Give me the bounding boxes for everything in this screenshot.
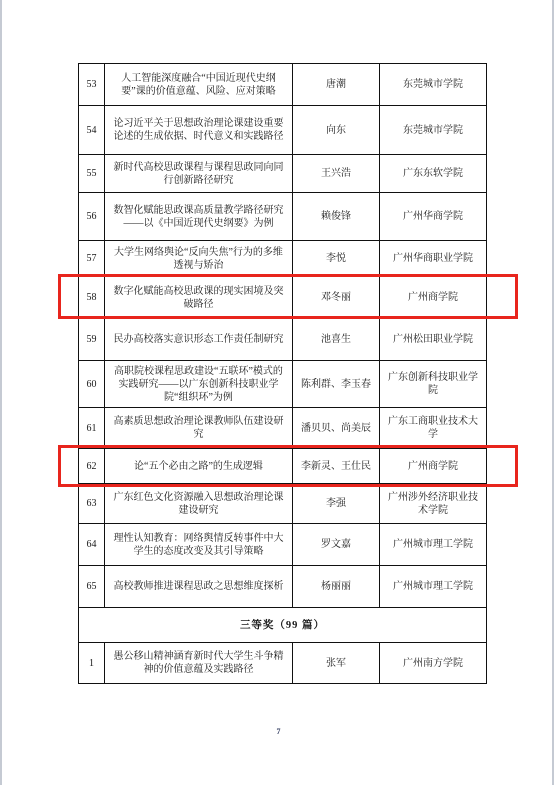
institution: 广州南方学院 — [380, 643, 487, 684]
table-row-highlighted-62: 62 论“五个必由之路”的生成逻辑 李新灵、王仕民 广州商学院 — [79, 449, 487, 484]
paper-title: 民办高校落实意识形态工作责任制研究 — [105, 319, 293, 361]
row-number: 64 — [79, 524, 105, 566]
institution: 广东工商职业技术大学 — [380, 408, 487, 449]
author: 潘贝贝、尚美辰 — [293, 408, 380, 449]
institution: 广州华商职业学院 — [380, 241, 487, 277]
row-number: 58 — [79, 277, 105, 319]
author: 赖俊锋 — [293, 193, 380, 241]
table-row-highlighted-58: 58 数字化赋能高校思政课的现实困境及突破路径 邓冬丽 广州商学院 — [79, 277, 487, 319]
row-number: 55 — [79, 155, 105, 193]
paper-title: 论习近平关于思想政治理论课建设重要论述的生成依据、时代意义和实践路径 — [105, 106, 293, 155]
paper-title: 高校教师推进课程思政之思想维度探析 — [105, 566, 293, 608]
institution: 广州华商学院 — [380, 193, 487, 241]
row-number: 54 — [79, 106, 105, 155]
paper-title: 愚公移山精神涵育新时代大学生斗争精神的价值意蕴及实践路径 — [105, 643, 293, 684]
row-number: 63 — [79, 484, 105, 524]
author: 向东 — [293, 106, 380, 155]
author: 池喜生 — [293, 319, 380, 361]
institution: 广州城市理工学院 — [380, 524, 487, 566]
table-row: 53 人工智能深度融合“中国近现代史纲要”课的价值意蕴、风险、应对策略 唐潮 东… — [79, 64, 487, 106]
page-edge-right — [552, 0, 554, 785]
award-table: 53 人工智能深度融合“中国近现代史纲要”课的价值意蕴、风险、应对策略 唐潮 东… — [78, 63, 487, 684]
paper-title: 广东红色文化资源融入思想政治理论课建设研究 — [105, 484, 293, 524]
paper-title: 新时代高校思政课程与课程思政同向同行创新路径研究 — [105, 155, 293, 193]
institution: 东莞城市学院 — [380, 64, 487, 106]
row-number: 61 — [79, 408, 105, 449]
paper-title: 数字化赋能高校思政课的现实困境及突破路径 — [105, 277, 293, 319]
section-header-row: 三等奖（99 篇） — [79, 608, 487, 643]
author: 杨丽丽 — [293, 566, 380, 608]
institution: 广州松田职业学院 — [380, 319, 487, 361]
author: 李新灵、王仕民 — [293, 449, 380, 484]
author: 张军 — [293, 643, 380, 684]
table-row: 61 高素质思想政治理论课教师队伍建设研究 潘贝贝、尚美辰 广东工商职业技术大学 — [79, 408, 487, 449]
table-row: 64 理性认知教育：网络舆情反转事件中大学生的态度改变及其引导策略 罗文嘉 广州… — [79, 524, 487, 566]
table-row: 55 新时代高校思政课程与课程思政同向同行创新路径研究 王兴浩 广东东软学院 — [79, 155, 487, 193]
section-header: 三等奖（99 篇） — [79, 608, 487, 643]
row-number: 60 — [79, 361, 105, 408]
table-row: 59 民办高校落实意识形态工作责任制研究 池喜生 广州松田职业学院 — [79, 319, 487, 361]
paper-title: 人工智能深度融合“中国近现代史纲要”课的价值意蕴、风险、应对策略 — [105, 64, 293, 106]
table-row: 60 高职院校课程思政建设“五联环”模式的实践研究——以广东创新科技职业学院“组… — [79, 361, 487, 408]
institution: 广东东软学院 — [380, 155, 487, 193]
row-number: 59 — [79, 319, 105, 361]
table-row: 63 广东红色文化资源融入思想政治理论课建设研究 李强 广州涉外经济职业技术学院 — [79, 484, 487, 524]
row-number: 1 — [79, 643, 105, 684]
institution: 广州涉外经济职业技术学院 — [380, 484, 487, 524]
page-edge-left — [0, 0, 2, 785]
institution: 广州城市理工学院 — [380, 566, 487, 608]
author: 罗文嘉 — [293, 524, 380, 566]
table-row: 56 数智化赋能思政课高质量教学路径研究——以《中国近现代史纲要》为例 赖俊锋 … — [79, 193, 487, 241]
paper-title: 理性认知教育：网络舆情反转事件中大学生的态度改变及其引导策略 — [105, 524, 293, 566]
row-number: 65 — [79, 566, 105, 608]
document-page: 53 人工智能深度融合“中国近现代史纲要”课的价值意蕴、风险、应对策略 唐潮 东… — [0, 0, 557, 785]
paper-title: 高职院校课程思政建设“五联环”模式的实践研究——以广东创新科技职业学院“组织环”… — [105, 361, 293, 408]
author: 李强 — [293, 484, 380, 524]
paper-title: 论“五个必由之路”的生成逻辑 — [105, 449, 293, 484]
institution: 广州商学院 — [380, 277, 487, 319]
author: 李悦 — [293, 241, 380, 277]
institution: 东莞城市学院 — [380, 106, 487, 155]
row-number: 57 — [79, 241, 105, 277]
author: 王兴浩 — [293, 155, 380, 193]
row-number: 56 — [79, 193, 105, 241]
institution: 广东创新科技职业学院 — [380, 361, 487, 408]
table-row: 1 愚公移山精神涵育新时代大学生斗争精神的价值意蕴及实践路径 张军 广州南方学院 — [79, 643, 487, 684]
paper-title: 高素质思想政治理论课教师队伍建设研究 — [105, 408, 293, 449]
author: 邓冬丽 — [293, 277, 380, 319]
page-number: 7 — [0, 727, 557, 736]
paper-title: 大学生网络舆论“反向失焦”行为的多维透视与矫治 — [105, 241, 293, 277]
row-number: 62 — [79, 449, 105, 484]
row-number: 53 — [79, 64, 105, 106]
institution: 广州商学院 — [380, 449, 487, 484]
table-row: 57 大学生网络舆论“反向失焦”行为的多维透视与矫治 李悦 广州华商职业学院 — [79, 241, 487, 277]
table-row: 54 论习近平关于思想政治理论课建设重要论述的生成依据、时代意义和实践路径 向东… — [79, 106, 487, 155]
author: 陈利群、李玉春 — [293, 361, 380, 408]
paper-title: 数智化赋能思政课高质量教学路径研究——以《中国近现代史纲要》为例 — [105, 193, 293, 241]
author: 唐潮 — [293, 64, 380, 106]
table-row: 65 高校教师推进课程思政之思想维度探析 杨丽丽 广州城市理工学院 — [79, 566, 487, 608]
